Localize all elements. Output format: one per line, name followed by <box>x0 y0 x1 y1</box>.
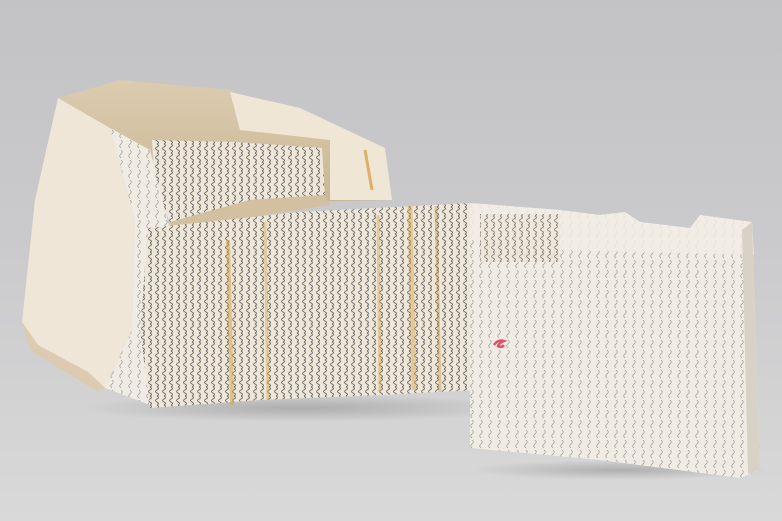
manuscript-scroll <box>0 0 782 521</box>
header-writing <box>480 214 560 262</box>
stain-line <box>378 215 380 392</box>
scroll-middle-band <box>140 203 478 408</box>
manuscript-photo: Photograph of a folded handwritten manus… <box>0 0 782 521</box>
